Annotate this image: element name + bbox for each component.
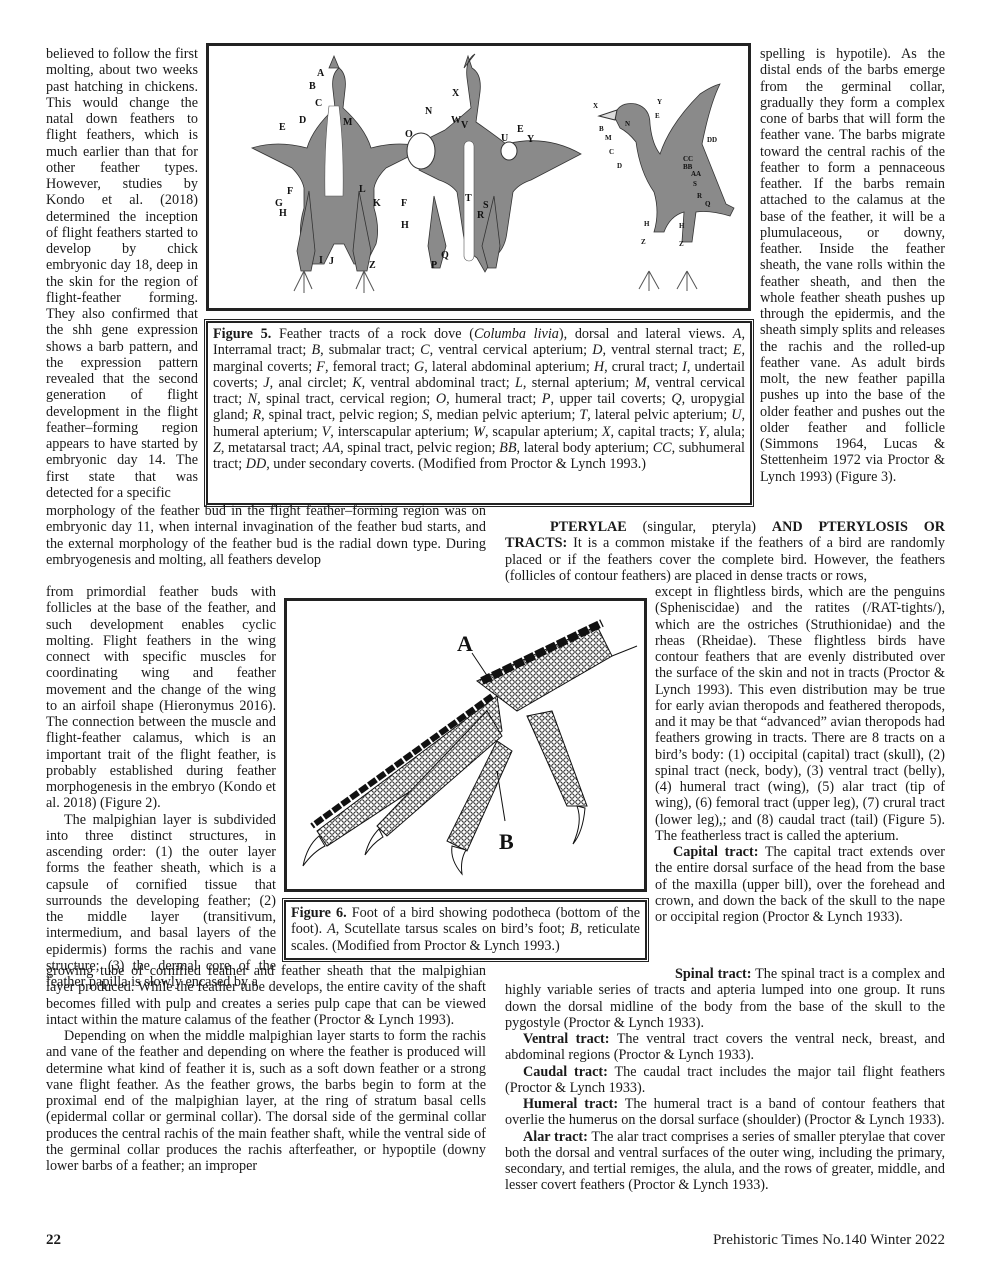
caption-run: , capital tracts; bbox=[610, 424, 698, 440]
svg-text:Q: Q bbox=[441, 250, 449, 261]
caption-run: , submalar tract; bbox=[320, 342, 420, 358]
caption-italic: W bbox=[473, 424, 485, 440]
pterylae-section-intro: PTERYLAE (singular, pteryla) AND PTERYLO… bbox=[505, 519, 945, 584]
svg-text:CC: CC bbox=[683, 155, 693, 163]
paragraph: growing tube of cornified feather and fe… bbox=[46, 963, 486, 1028]
caption-run: , ventral abdominal tract; bbox=[362, 375, 515, 391]
caption-run: , interscapular apterium; bbox=[330, 424, 473, 440]
caption-italic: B bbox=[570, 921, 579, 937]
caption-italic: DD bbox=[246, 456, 267, 472]
caption-run: , lateral abdominal apterium; bbox=[424, 359, 594, 375]
humeral-tract-heading: Humeral tract: bbox=[523, 1096, 618, 1112]
paragraph: believed to follow the first molting, ab… bbox=[46, 46, 198, 501]
caption-text: Feather tracts of a rock dove (Columba l… bbox=[213, 326, 745, 472]
caption-run: , ventral sternal tract; bbox=[602, 342, 732, 358]
paragraph: from primordial feather buds with follic… bbox=[46, 584, 276, 812]
svg-text:I: I bbox=[319, 255, 323, 266]
left-bottom-text: growing tube of cornified feather and fe… bbox=[46, 963, 486, 1174]
caption-run: , lateral pelvic apterium; bbox=[587, 407, 731, 423]
caption-italic: U bbox=[731, 407, 741, 423]
caption-run: , sternal apterium; bbox=[523, 375, 635, 391]
svg-text:F: F bbox=[287, 186, 293, 197]
svg-text:X: X bbox=[452, 88, 460, 99]
svg-text:E: E bbox=[655, 112, 660, 120]
svg-text:U: U bbox=[501, 133, 508, 144]
svg-text:J: J bbox=[329, 256, 334, 267]
caption-italic: D bbox=[592, 342, 602, 358]
caption-run: , anal circlet; bbox=[270, 375, 353, 391]
caption-run: , median pelvic apterium; bbox=[429, 407, 579, 423]
svg-text:C: C bbox=[609, 148, 614, 156]
feather-tracts-illustration: ABC DME FGH LKI JZ XNW VOU EYT FSR HPQ X… bbox=[209, 46, 748, 308]
svg-text:P: P bbox=[431, 260, 437, 271]
paragraph: It is a common mistake if the feathers o… bbox=[505, 535, 945, 584]
caption-run: , humeral tract; bbox=[446, 391, 542, 407]
paragraph: Depending on when the middle malpighian … bbox=[46, 1028, 486, 1174]
alar-tract-heading: Alar tract: bbox=[523, 1129, 588, 1145]
bird-foot-illustration: A B bbox=[287, 601, 644, 889]
svg-text:Z: Z bbox=[679, 240, 684, 248]
caption-italic: R bbox=[252, 407, 261, 423]
left-column-mid-text: from primordial feather buds with follic… bbox=[46, 584, 276, 990]
figure-6-image: A B bbox=[284, 598, 647, 892]
svg-text:AA: AA bbox=[691, 170, 701, 178]
caption-run: , scapular apterium; bbox=[485, 424, 602, 440]
capital-tract-paragraph: Capital tract: The capital tract extends… bbox=[655, 844, 945, 925]
caption-italic: BB bbox=[499, 440, 516, 456]
label-a: A bbox=[457, 631, 473, 656]
caption-italic: G bbox=[414, 359, 424, 375]
caption-run: , femoral tract; bbox=[325, 359, 414, 375]
svg-text:Y: Y bbox=[657, 98, 662, 106]
svg-text:O: O bbox=[405, 129, 413, 140]
caption-italic: L bbox=[515, 375, 523, 391]
caption-run: , upper tail coverts; bbox=[550, 391, 671, 407]
svg-text:E: E bbox=[517, 124, 524, 135]
caption-italic: F bbox=[316, 359, 325, 375]
paragraph: spelling is hypotile). As the distal end… bbox=[760, 46, 945, 485]
caption-run: , alula; bbox=[706, 424, 745, 440]
svg-text:X: X bbox=[593, 102, 598, 110]
svg-text:Z: Z bbox=[641, 238, 646, 246]
svg-text:A: A bbox=[317, 68, 325, 79]
caudal-tract-paragraph: Caudal tract: The caudal tract includes … bbox=[505, 1064, 945, 1097]
caption-run: , spinal tract, pelvic region; bbox=[261, 407, 422, 423]
caption-italic: Columba livia bbox=[474, 326, 559, 342]
publication-footer: Prehistoric Times No.140 Winter 2022 bbox=[713, 1232, 945, 1249]
svg-text:Z: Z bbox=[369, 260, 376, 271]
caption-run: , Scutellate tarsus scales on bird’s foo… bbox=[336, 921, 570, 937]
caption-run: , metatarsal tract; bbox=[221, 440, 323, 456]
svg-text:H: H bbox=[679, 222, 685, 230]
svg-text:Y: Y bbox=[527, 134, 535, 145]
caption-italic: K bbox=[352, 375, 361, 391]
svg-text:S: S bbox=[693, 180, 697, 188]
alar-tract-paragraph: Alar tract: The alar tract comprises a s… bbox=[505, 1129, 945, 1194]
svg-text:C: C bbox=[315, 98, 322, 109]
spinal-tract-paragraph: Spinal tract: The spinal tract is a comp… bbox=[505, 966, 945, 1031]
svg-text:D: D bbox=[617, 162, 622, 170]
figure-label: Figure 6. bbox=[291, 905, 347, 921]
caption-run: ), dorsal and lateral views. bbox=[559, 326, 733, 342]
svg-text:B: B bbox=[599, 125, 604, 133]
svg-text:N: N bbox=[425, 106, 433, 117]
capital-tract-heading: Capital tract: bbox=[673, 844, 758, 860]
svg-text:B: B bbox=[309, 81, 316, 92]
caption-italic: B bbox=[311, 342, 320, 358]
ventral-tract-heading: Ventral tract: bbox=[523, 1031, 610, 1047]
caption-italic: CC bbox=[653, 440, 672, 456]
label-b: B bbox=[499, 829, 514, 854]
svg-text:T: T bbox=[465, 193, 472, 204]
caption-italic: A bbox=[327, 921, 336, 937]
right-column-mid-text: except in flightless birds, which are th… bbox=[655, 584, 945, 925]
svg-text:DD: DD bbox=[707, 136, 717, 144]
caption-italic: Y bbox=[698, 424, 706, 440]
caption-italic: Q bbox=[671, 391, 681, 407]
caption-italic: M bbox=[635, 375, 647, 391]
figure-6-caption: Figure 6. Foot of a bird showing podothe… bbox=[284, 900, 647, 960]
figure-5-image: ABC DME FGH LKI JZ XNW VOU EYT FSR HPQ X… bbox=[206, 43, 751, 311]
svg-text:N: N bbox=[625, 120, 630, 128]
left-column-top-text: believed to follow the first molting, ab… bbox=[46, 46, 198, 501]
caption-run: Feather tracts of a rock dove ( bbox=[279, 326, 474, 342]
heading-parenthetical: (singular, pteryla) bbox=[627, 519, 772, 535]
caudal-tract-heading: Caudal tract: bbox=[523, 1064, 608, 1080]
caption-italic: AA bbox=[323, 440, 340, 456]
svg-text:R: R bbox=[477, 210, 485, 221]
right-bottom-text: Spinal tract: The spinal tract is a comp… bbox=[505, 966, 945, 1194]
left-span-text: morphology of the feather bud in the fli… bbox=[46, 503, 486, 568]
svg-text:W: W bbox=[451, 115, 461, 126]
caption-italic: O bbox=[436, 391, 446, 407]
page-number: 22 bbox=[46, 1232, 61, 1249]
svg-text:H: H bbox=[279, 208, 287, 219]
caption-run: , spinal tract, cervical region; bbox=[257, 391, 436, 407]
paragraph: except in flightless birds, which are th… bbox=[655, 584, 945, 844]
caption-italic: N bbox=[248, 391, 257, 407]
caption-run: , crural tract; bbox=[604, 359, 682, 375]
svg-text:F: F bbox=[401, 198, 407, 209]
svg-text:V: V bbox=[461, 120, 469, 131]
ventral-tract-paragraph: Ventral tract: The ventral tract covers … bbox=[505, 1031, 945, 1064]
svg-text:M: M bbox=[343, 117, 353, 128]
svg-text:K: K bbox=[373, 198, 381, 209]
caption-run: , spinal tract, pelvic region; bbox=[340, 440, 499, 456]
svg-text:Q: Q bbox=[705, 200, 711, 208]
caption-run: , lateral body apterium; bbox=[517, 440, 653, 456]
figure-5-caption: Figure 5. Feather tracts of a rock dove … bbox=[206, 321, 752, 505]
section-heading: PTERYLAE bbox=[550, 519, 627, 535]
caption-italic: Z bbox=[213, 440, 221, 456]
figure-label: Figure 5. bbox=[213, 326, 271, 342]
caption-italic: C bbox=[420, 342, 429, 358]
svg-text:E: E bbox=[279, 122, 286, 133]
caption-run: , under secondary coverts. (Modified fro… bbox=[266, 456, 646, 472]
caption-run: , ventral cervical apterium; bbox=[430, 342, 593, 358]
svg-text:D: D bbox=[299, 115, 306, 126]
svg-text:M: M bbox=[605, 134, 612, 142]
caption-italic: H bbox=[594, 359, 604, 375]
svg-text:H: H bbox=[401, 220, 409, 231]
spinal-tract-heading: Spinal tract: bbox=[675, 966, 751, 982]
right-column-top-text: spelling is hypotile). As the distal end… bbox=[760, 46, 945, 485]
svg-text:L: L bbox=[359, 184, 366, 195]
paragraph: morphology of the feather bud in the fli… bbox=[46, 503, 486, 568]
svg-text:H: H bbox=[644, 220, 650, 228]
humeral-tract-paragraph: Humeral tract: The humeral tract is a ba… bbox=[505, 1096, 945, 1129]
caption-italic: V bbox=[322, 424, 331, 440]
